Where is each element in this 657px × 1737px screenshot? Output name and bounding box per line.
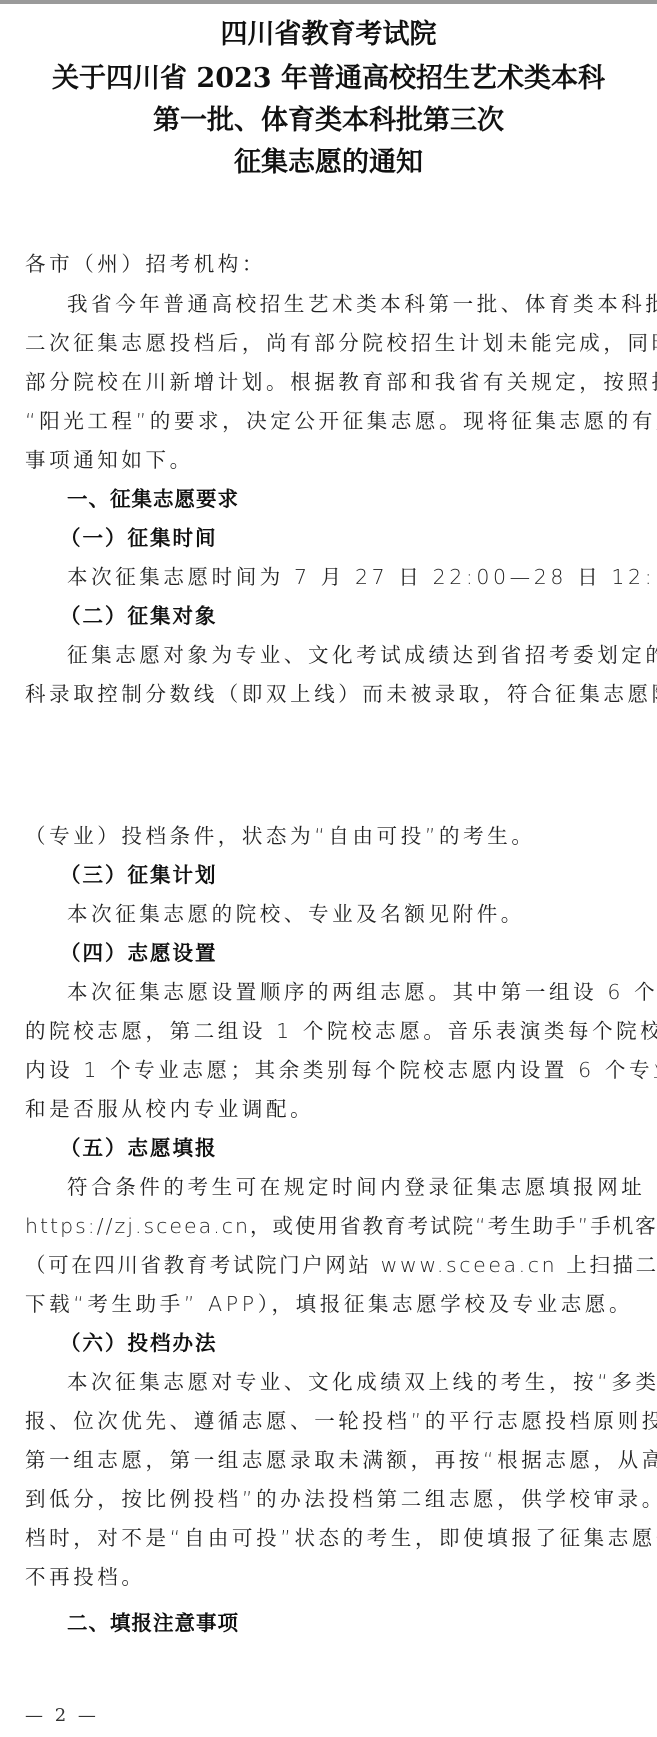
- intro-line: 部分院校在川新增计划。根据教育部和我省有关规定，按照招生: [25, 368, 615, 396]
- body-line: 本次征集志愿时间为 7 月 27 日 22:00—28 日 12:00。: [67, 563, 657, 591]
- body-line: 和是否服从校内专业调配。: [25, 1095, 615, 1123]
- subsection-heading-6: （六）投档办法: [60, 1329, 650, 1357]
- body-line: 本次征集志愿对专业、文化成绩双上线的考生，按“多类兼: [67, 1368, 657, 1396]
- body-line: 符合条件的考生可在规定时间内登录征集志愿填报网址: [67, 1173, 657, 1201]
- body-line: 档时，对不是“自由可投”状态的考生，即使填报了征集志愿也: [25, 1524, 615, 1552]
- title-line-4: 征集志愿的通知: [0, 146, 657, 180]
- body-line: 下载“考生助手” APP），填报征集志愿学校及专业志愿。: [25, 1290, 615, 1318]
- top-border: [0, 0, 657, 4]
- title-line-3: 第一批、体育类本科批第三次: [0, 104, 657, 138]
- subsection-heading-3: （三）征集计划: [60, 861, 650, 889]
- salutation: 各市（州）招考机构：: [25, 250, 615, 278]
- title-line-1: 四川省教育考试院: [0, 18, 657, 52]
- title-line-2: 关于四川省 2023 年普通高校招生艺术类本科: [0, 62, 657, 96]
- subsection-heading-1: （一）征集时间: [60, 524, 650, 552]
- body-line: 的院校志愿，第二组设 1 个院校志愿。音乐表演类每个院校志愿: [25, 1017, 615, 1045]
- body-line: 征集志愿对象为专业、文化考试成绩达到省招考委划定的本: [67, 641, 657, 669]
- body-line: （专业）投档条件，状态为“自由可投”的考生。: [25, 822, 615, 850]
- body-line: 第一组志愿，第一组志愿录取未满额，再按“根据志愿，从高分: [25, 1446, 615, 1474]
- intro-line: 事项通知如下。: [25, 446, 615, 474]
- body-line: （可在四川省教育考试院门户网站 www.sceea.cn 上扫描二维码: [25, 1251, 615, 1279]
- intro-line: 二次征集志愿投档后，尚有部分院校招生计划未能完成，同时有: [25, 329, 615, 357]
- page-number: — 2 —: [25, 1705, 99, 1726]
- body-line: 到低分，按比例投档”的办法投档第二组志愿，供学校审录。投: [25, 1485, 615, 1513]
- body-line: 不再投档。: [25, 1563, 615, 1591]
- body-line: 科录取控制分数线（即双上线）而未被录取，符合征集志愿院校: [25, 680, 615, 708]
- subsection-heading-2: （二）征集对象: [60, 602, 650, 630]
- body-line: 报、位次优先、遵循志愿、一轮投档”的平行志愿投档原则投档: [25, 1407, 615, 1435]
- subsection-heading-5: （五）志愿填报: [60, 1134, 650, 1162]
- section-heading-2: 二、填报注意事项: [67, 1609, 657, 1637]
- body-line: 本次征集志愿设置顺序的两组志愿。其中第一组设 6 个平行: [67, 978, 657, 1006]
- intro-line: “阳光工程”的要求，决定公开征集志愿。现将征集志愿的有关: [25, 407, 615, 435]
- body-line: 本次征集志愿的院校、专业及名额见附件。: [67, 900, 657, 928]
- body-line: https://zj.sceea.cn，或使用省教育考试院“考生助手”手机客户端: [25, 1212, 615, 1240]
- body-line: 内设 1 个专业志愿；其余类别每个院校志愿内设置 6 个专业志愿: [25, 1056, 615, 1084]
- section-heading-1: 一、征集志愿要求: [67, 485, 657, 513]
- intro-line: 我省今年普通高校招生艺术类本科第一批、体育类本科批第: [67, 290, 657, 318]
- subsection-heading-4: （四）志愿设置: [60, 939, 650, 967]
